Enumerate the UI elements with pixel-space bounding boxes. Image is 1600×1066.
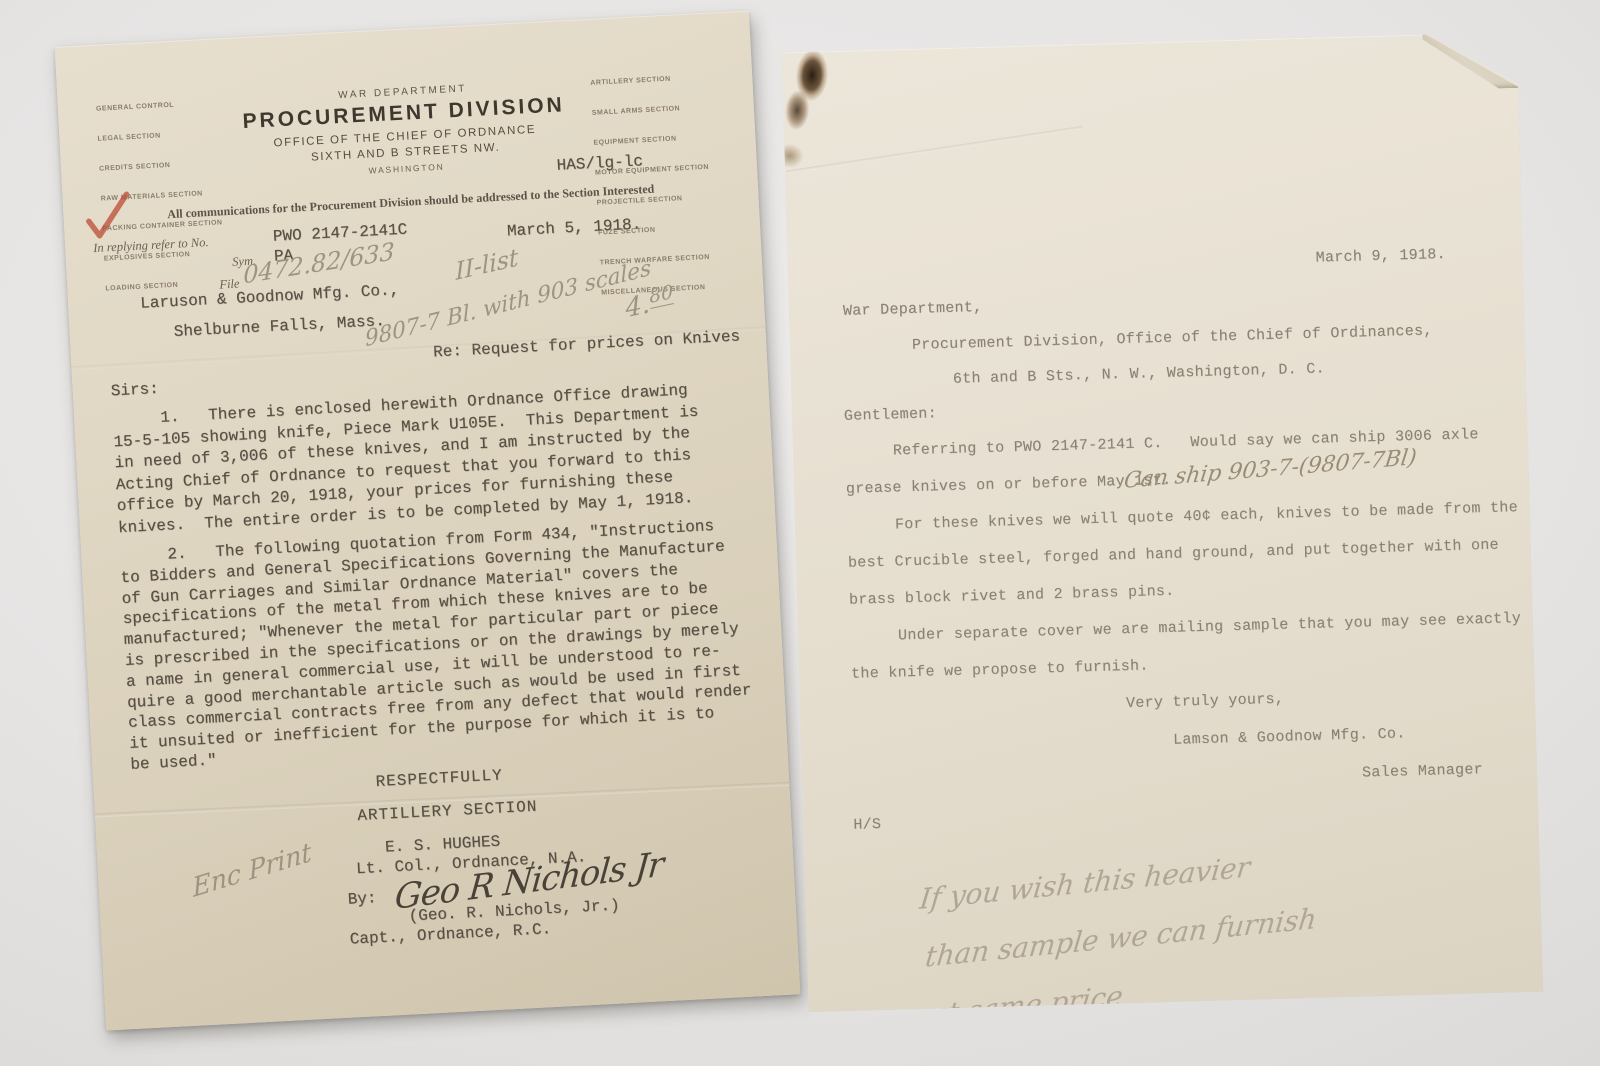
recipient-line-2: Procurement Division, Office of the Chie… (912, 322, 1433, 354)
right-letter-lamson-goodnow-reply: March 9, 1918. War Department, Procureme… (782, 32, 1544, 1012)
typed-line: the knife we propose to furnish. (851, 657, 1149, 682)
handwritten-postscript: If you wish this heavier than sample we … (917, 833, 1325, 1044)
letter-date: March 9, 1918. (1315, 246, 1446, 267)
typed-line: best Crucible steel, forged and hand gro… (848, 537, 1499, 572)
price-integer: 4. (624, 289, 650, 324)
closing-very-truly-yours: Very truly yours, (1126, 691, 1285, 712)
price-fraction: 80 (649, 281, 674, 309)
section-item: GENERAL CONTROL (96, 98, 217, 114)
salutation: Sirs: (110, 380, 159, 400)
handwritten-enc-print-note: Enc Print (191, 837, 312, 904)
typed-line: Under separate cover we are mailing samp… (898, 610, 1521, 644)
recipient-line-1: War Department, (843, 299, 983, 320)
typist-initials: H/S (853, 816, 881, 834)
typed-line: brass block rivet and 2 brass pins. (849, 583, 1175, 609)
burn-mark (770, 37, 859, 183)
folded-corner (1422, 30, 1520, 91)
company-signature-line: Lamson & Goodnow Mfg. Co. (1173, 725, 1406, 748)
typed-line: For these knives we will quote 40¢ each,… (895, 499, 1518, 533)
recipient-line-3: 6th and B Sts., N. W., Washington, D. C. (953, 360, 1325, 387)
closing-respectfully: RESPECTFULLY (375, 766, 503, 791)
left-letter-procurement-division: GENERAL CONTROL LEGAL SECTION CREDITS SE… (55, 10, 801, 1030)
section-item: SMALL ARMS SECTION (592, 103, 706, 119)
handwritten-list-note: II-list (455, 243, 519, 286)
salutation: Gentlemen: (844, 405, 937, 425)
section-item: ARTILLERY SECTION (590, 73, 704, 89)
by-typed-title: Capt., Ordnance, R.C. (349, 920, 551, 949)
letterhead-center: WAR DEPARTMENT PROCUREMENT DIVISION OFFI… (208, 77, 602, 184)
signer-title-sales-manager: Sales Manager (1362, 761, 1483, 781)
section-item: EQUIPMENT SECTION (593, 133, 707, 149)
handwritten-can-ship-note: Can ship 903-7-(9807-7Bl) (1122, 445, 1418, 494)
addressee-city: Shelburne Falls, Mass. (173, 312, 385, 341)
section-item: CREDITS SECTION (99, 158, 220, 174)
section-item: LEGAL SECTION (97, 128, 218, 144)
body-paragraph-2: 2. The following quotation from Form 434… (119, 515, 754, 776)
red-pencil-check-mark (80, 189, 135, 244)
by-label: By: (347, 889, 377, 908)
body-paragraph-1: 1. There is enclosed herewith Ordnance O… (112, 380, 704, 539)
photo-of-two-1918-letters: GENERAL CONTROL LEGAL SECTION CREDITS SE… (0, 0, 1600, 1066)
